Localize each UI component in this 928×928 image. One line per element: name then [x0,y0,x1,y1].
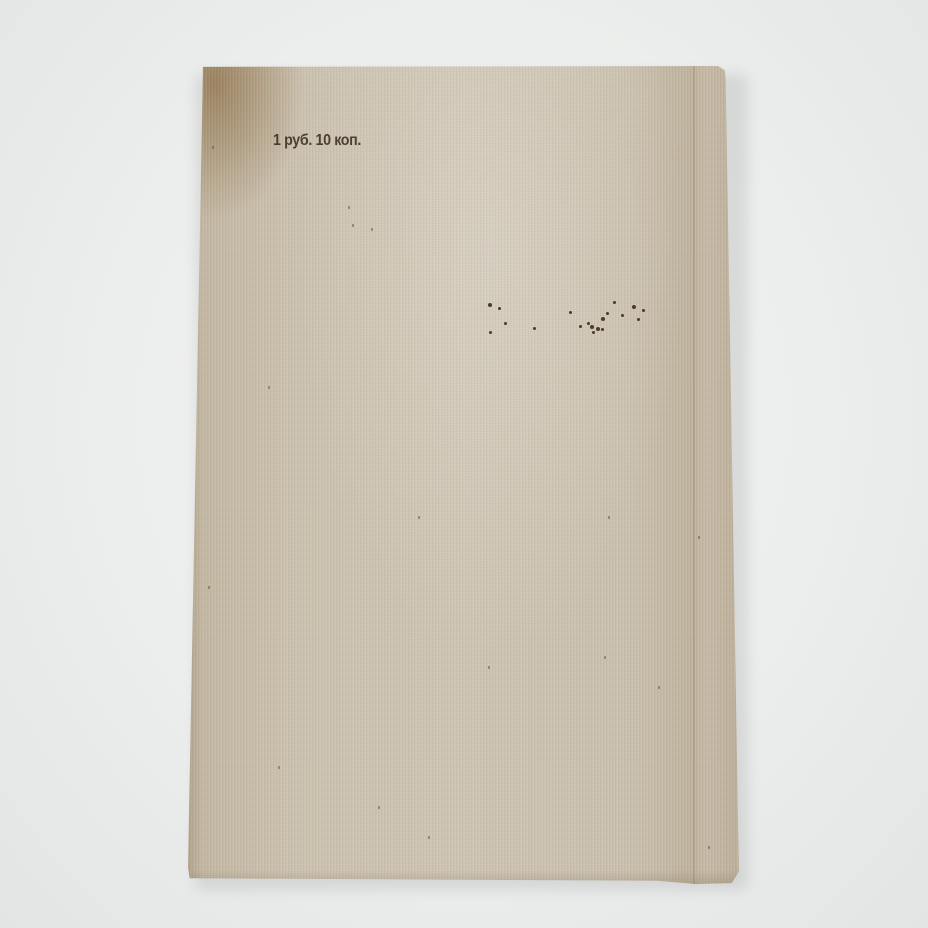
fabric-speck [698,536,700,539]
fabric-speck [708,846,710,849]
fabric-speck [208,586,210,589]
stain-spot [613,301,616,304]
fabric-speck [608,516,610,519]
stain-spot [606,312,609,315]
stain-spot [642,309,645,312]
stain-spot [587,322,590,325]
stain-spot [601,317,605,321]
spine-groove [693,66,695,884]
stain-spot [621,314,624,317]
fabric-speck [268,386,270,389]
stain-spot [637,318,640,321]
stain-spot [498,307,501,310]
stain-spot [579,325,582,328]
fabric-speck [418,516,420,519]
stain-spot [632,305,636,309]
stain-spot [596,327,600,331]
stain-spot [569,311,572,314]
book-back-cover: 1 руб. 10 коп. [188,66,740,884]
fabric-speck [212,146,214,149]
fabric-speck [278,766,280,769]
fabric-speck [428,836,430,839]
stain-spot [488,303,492,307]
stain-spot [590,325,594,329]
fabric-speck [352,224,354,227]
stain-spot [504,322,507,325]
price-stamp: 1 руб. 10 коп. [273,132,361,150]
stain-spot [592,331,595,334]
fabric-speck [348,206,350,209]
fabric-speck [658,686,660,689]
stain-spot [489,331,492,334]
fabric-speck [488,666,490,669]
stain-spot [601,328,604,331]
fabric-speck [378,806,380,809]
fabric-speck [371,228,373,231]
stain-spot [533,327,536,330]
fabric-speck [604,656,606,659]
